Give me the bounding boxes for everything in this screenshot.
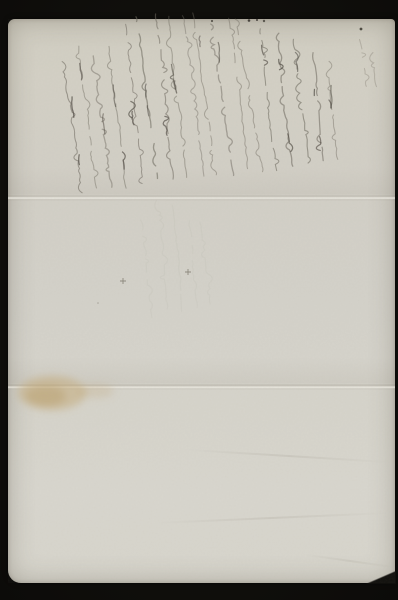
paper-sheet bbox=[8, 19, 395, 583]
corner-fold bbox=[366, 571, 396, 584]
crease-shadow-band bbox=[8, 167, 395, 194]
wrinkle-line bbox=[186, 449, 391, 464]
wrinkle-line bbox=[304, 554, 395, 569]
fold-crease-upper bbox=[8, 194, 395, 201]
scanned-document-photo bbox=[0, 0, 398, 600]
crease-shadow-band bbox=[8, 357, 395, 383]
wrinkle-line bbox=[156, 512, 388, 524]
fold-crease-lower bbox=[8, 383, 395, 390]
